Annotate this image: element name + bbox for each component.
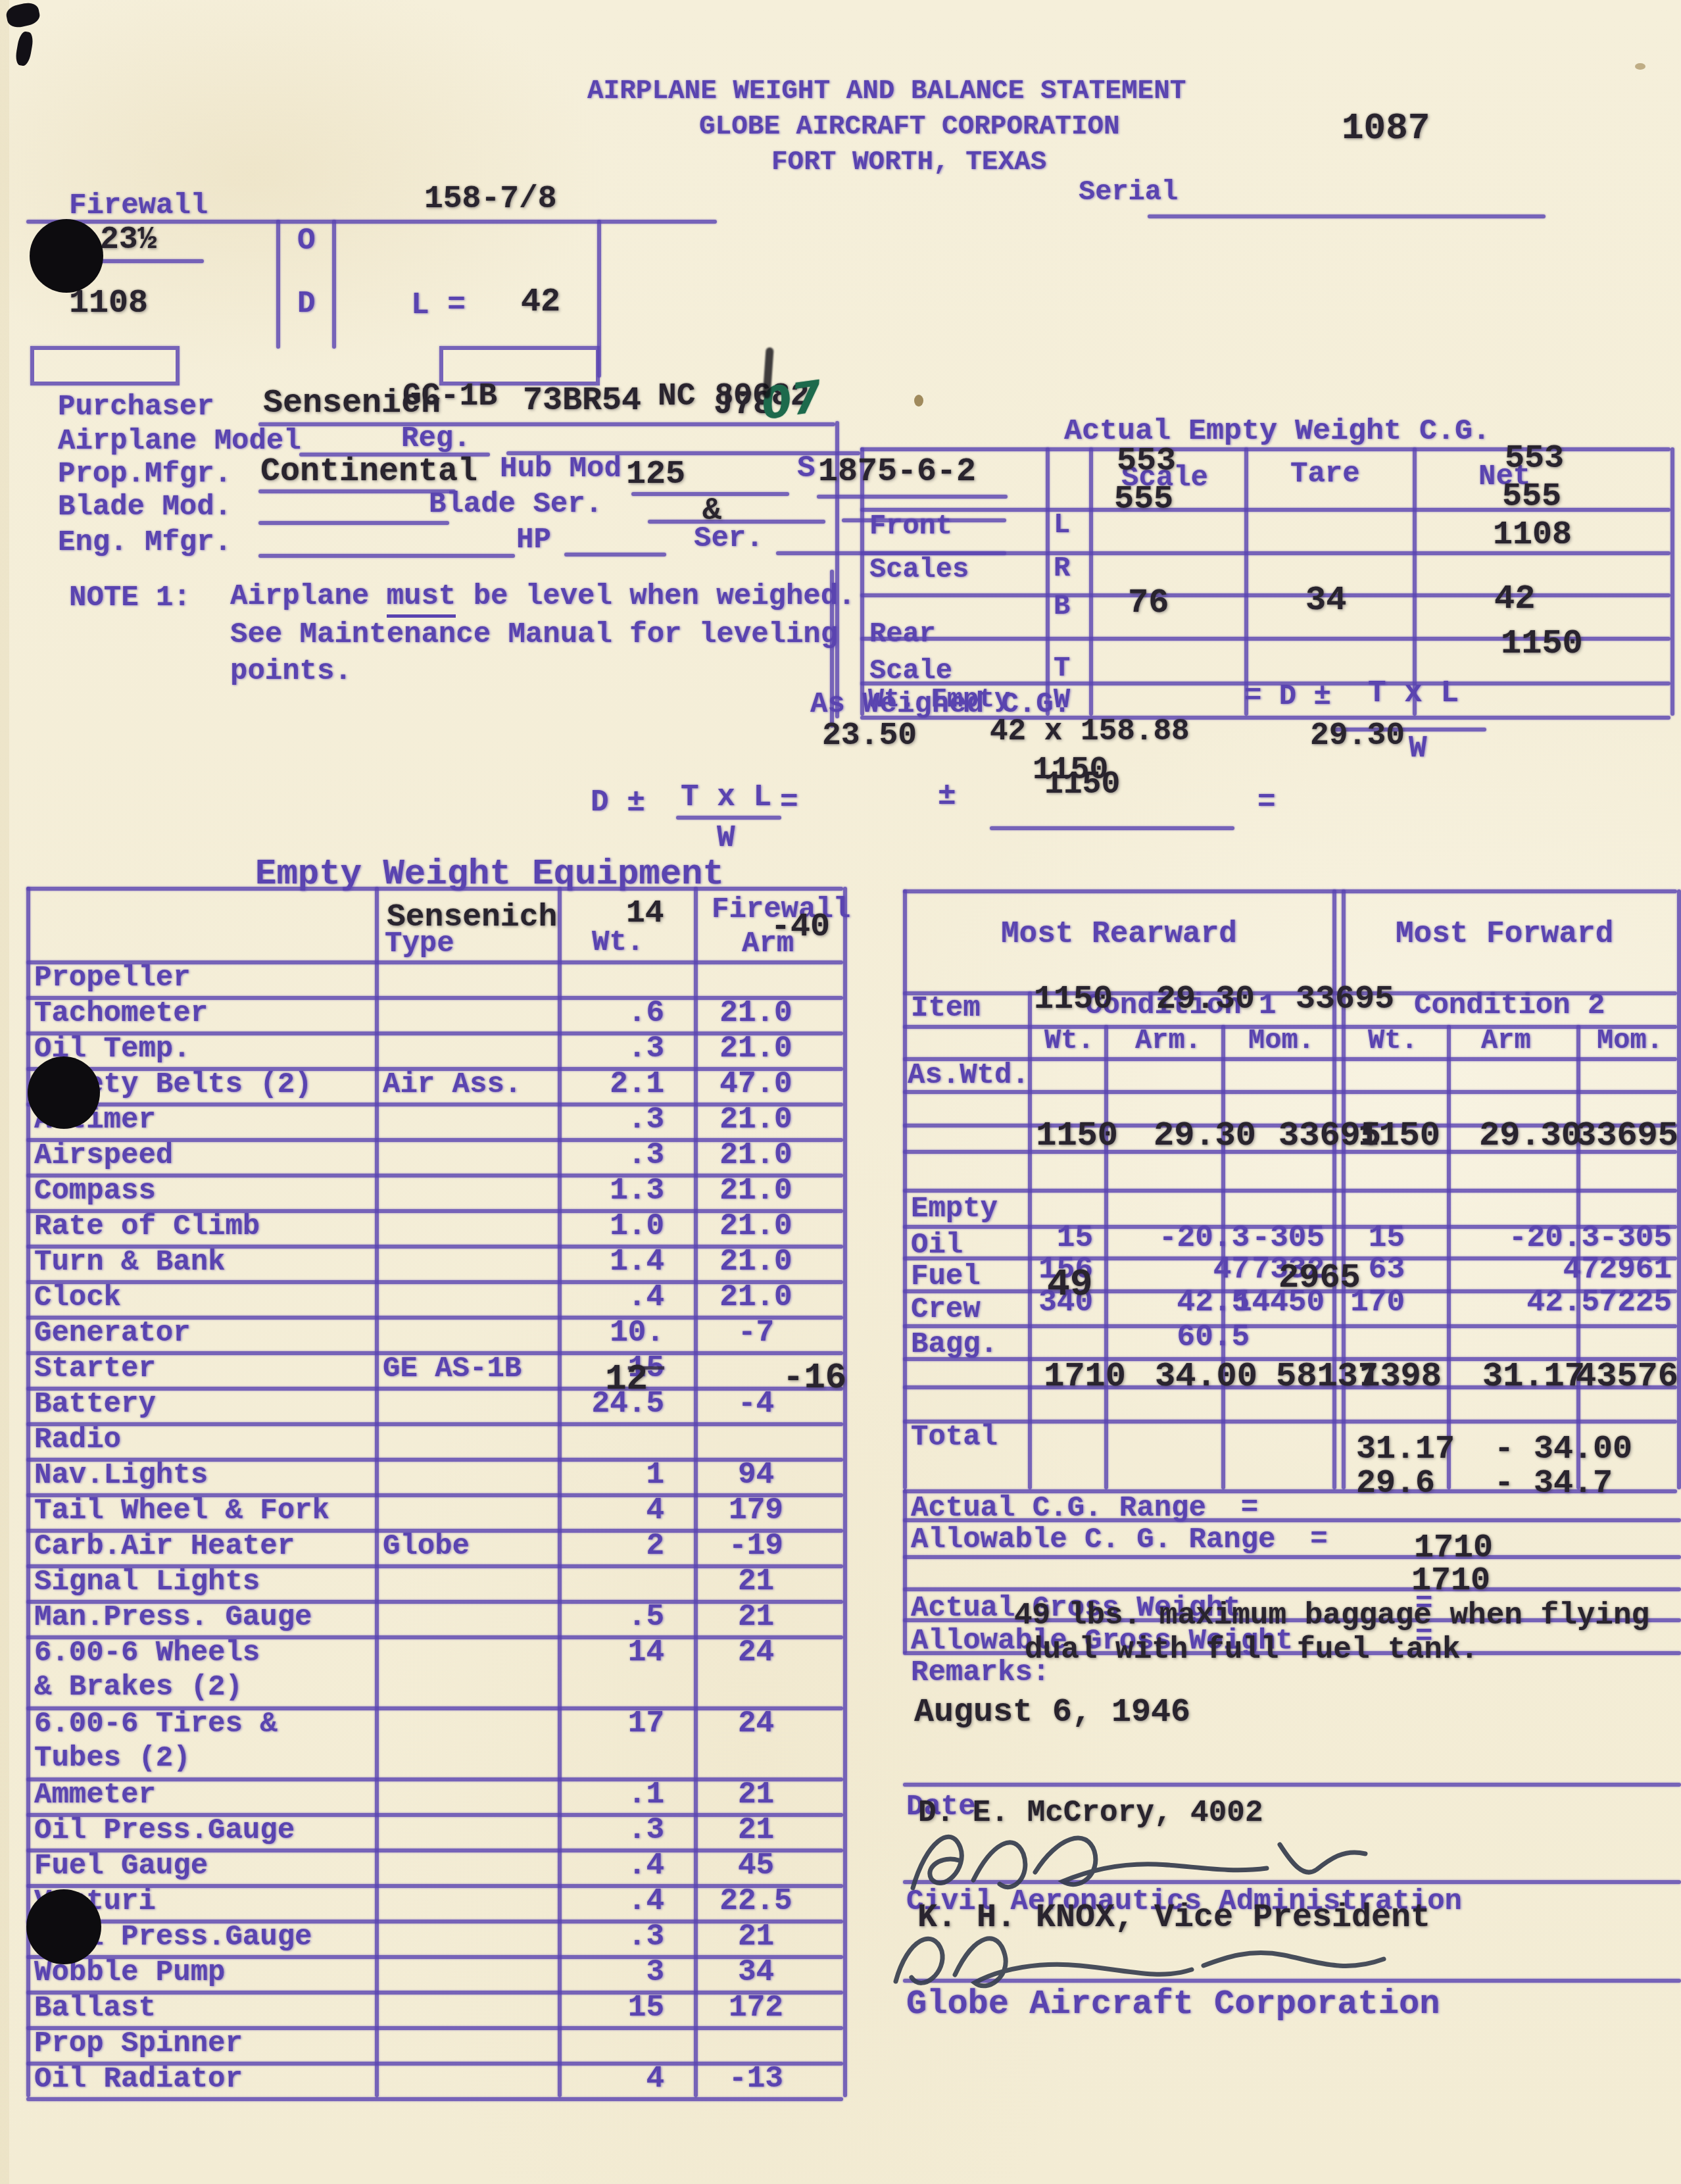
equipment-arm-value: 21 (685, 1814, 827, 1846)
conditions-row-label: Fuel (911, 1262, 981, 1292)
rule-horizontal (990, 826, 1234, 830)
l-equals-label: L = (411, 289, 466, 321)
equipment-arm-value: 172 (685, 1992, 827, 2023)
conditions-c1-value: 60.5 (1177, 1322, 1250, 1353)
equipment-item-label: Ammeter (34, 1780, 156, 1810)
forward-title: Most Forward (1396, 918, 1613, 950)
conditions-col-header: Wt. (1368, 1026, 1418, 1055)
paper-fleck (914, 395, 923, 407)
conditions-table-rule (903, 1420, 1677, 1424)
equipment-table-rule (843, 887, 847, 2097)
blade-ser-label: Blade Ser. (429, 489, 602, 520)
cg-typed-net-mid: 555 (1502, 480, 1561, 515)
hub-mod-value: 125 (626, 458, 685, 493)
formula-weight-value: 1150 (1033, 754, 1108, 787)
allowable-value2: 1710 (1411, 1564, 1490, 1599)
equipment-table-rule (375, 887, 379, 2097)
equipment-arm-value: 45 (685, 1850, 827, 1881)
conditions-table-rule (903, 889, 907, 1489)
equipment-wt-value: 1.4 (610, 1246, 664, 1278)
rule-horizontal (676, 816, 781, 820)
subtotal-typed-c1: 34.00 (1155, 1359, 1257, 1395)
equipment-item-label: Carb.Air Heater (34, 1531, 295, 1562)
formula-pm: ± (938, 780, 956, 812)
as-weighed-eq: = D ± (1244, 682, 1331, 712)
equipment-type-value: Air Ass. (383, 1070, 522, 1100)
paper-fleck2 (1635, 63, 1645, 70)
equipment-table-rule (26, 1422, 843, 1426)
as-weighed-cg-value: 23.50 (822, 720, 917, 753)
cg-col-tare: Tare (1290, 459, 1360, 489)
as-weighed-moment-expr: 42 x 158.88 (990, 716, 1190, 747)
formula-lead: D ± (591, 787, 645, 818)
cg-front-label: Front (869, 512, 952, 541)
blank-box-left (30, 346, 180, 385)
ampersand-typed: & (702, 495, 721, 528)
conditions-table-rule (1104, 1025, 1108, 1489)
subtotal-typed-c2: 1398 (1359, 1359, 1442, 1395)
equipment-wt-value: .3 (628, 1139, 664, 1171)
equipment-title: Empty Weight Equipment (255, 856, 724, 894)
prop-mfgr-label: Prop.Mfgr. (58, 459, 231, 489)
equipment-item-label: Fuel Gauge (34, 1851, 208, 1881)
subtotal-typed-c2: 43576 (1576, 1359, 1678, 1395)
cg-typed-b-scale: 76 (1128, 585, 1169, 622)
equipment-item-label: Tubes (2) (34, 1743, 191, 1774)
equipment-item-label: Radio (34, 1425, 121, 1455)
note-line2: See Maintenance Manual for leveling (230, 620, 838, 650)
note-line1-pre: Airplane (230, 580, 387, 613)
equipment-item-label: Propeller (34, 963, 191, 993)
airplane-model-label: Airplane Model (58, 426, 301, 457)
cond-item-label: Item (911, 993, 981, 1024)
equipment-arm-value: 21 (685, 1921, 827, 1952)
station-value: 23½ (100, 224, 157, 257)
conditions-c2-value: 47 (1563, 1254, 1599, 1285)
cg-table-rule (1046, 447, 1050, 716)
allowable-value1: 1710 (1414, 1531, 1493, 1566)
note-line3: points. (230, 657, 352, 687)
equipment-item-label: 6.00-6 Tires & (34, 1709, 278, 1739)
equipment-item-label: Rate of Climb (34, 1212, 260, 1242)
equipment-arm-value: 21.0 (685, 1175, 827, 1206)
cond-as-wtd-label: As.Wtd. (908, 1060, 1029, 1091)
formula-eq2: = (1257, 787, 1276, 818)
conditions-c1-typed-wt: 49 (1047, 1266, 1093, 1306)
cg-rear-label: Rear (869, 620, 936, 649)
rule-horizontal (1148, 214, 1546, 218)
equipment-item-label: 6.00-6 Wheels (34, 1638, 260, 1668)
equipment-arm-typed: -40 (771, 910, 830, 945)
conditions-col-header: Wt. (1044, 1026, 1094, 1055)
rule-vertical (276, 220, 280, 349)
conditions-c1-typed-mom: 2965 (1279, 1260, 1361, 1297)
equipment-wt-typed-over: 12 (605, 1362, 648, 1399)
rule-horizontal (903, 1783, 1681, 1787)
as-wtd-typed-c1: 29.30 (1154, 1118, 1256, 1154)
equipment-wt-value: 2.1 (610, 1068, 664, 1100)
rule-horizontal (258, 554, 515, 558)
conditions-table-rule (1677, 889, 1681, 1489)
conditions-table-rule (903, 889, 1677, 893)
equipment-item-label: Airspeed (34, 1141, 173, 1171)
cg-letter-b: B (1054, 592, 1070, 621)
conditions-col-header: Arm. (1135, 1026, 1202, 1055)
equipment-item-label: Compass (34, 1176, 156, 1206)
equipment-item-label: Turn & Bank (34, 1247, 225, 1278)
as-weighed-frac-num: T x L (1368, 678, 1459, 709)
equipment-wt-value: 4 (646, 2063, 664, 2095)
cg-typed-scale-bottom: 555 (1114, 483, 1173, 518)
rule-horizontal (903, 1587, 1681, 1591)
equipment-arm-value: 34 (685, 1956, 827, 1988)
equipment-wt-value: .1 (628, 1779, 664, 1810)
equipment-type-value: Globe (383, 1531, 470, 1562)
cg-table-rule (1670, 447, 1674, 716)
conditions-c1-value: -305 (1252, 1222, 1325, 1254)
equipment-wt-value: 17 (628, 1708, 664, 1739)
conditions-col-header: Mom. (1597, 1026, 1663, 1055)
equipment-wt-value: .6 (628, 997, 664, 1029)
equipment-wt-value: .3 (628, 1104, 664, 1135)
conditions-c1-value: 47 (1213, 1254, 1250, 1285)
hp-label: HP (516, 525, 551, 555)
conditions-table-rule (903, 1189, 1677, 1193)
equipment-wt-value: 14 (628, 1637, 664, 1668)
hole-punch-top (30, 219, 103, 293)
corner-ink-mark (5, 1, 41, 30)
cg-letter-r: R (1054, 554, 1070, 583)
conditions-row-label: Crew (911, 1295, 981, 1325)
equipment-arm-value: 21.0 (685, 1281, 827, 1313)
serial-label: Serial (1079, 178, 1178, 207)
cg-typed-net-total: 1108 (1493, 518, 1572, 553)
equipment-wt-value: 1.3 (610, 1175, 664, 1206)
cg-typed-scale-top: 553 (1117, 445, 1176, 480)
formula-eq1: = (780, 787, 798, 818)
cg-typed-net-top: 553 (1505, 442, 1564, 477)
corner-ink-mark2 (14, 30, 35, 66)
equipment-wt-value: 3 (646, 1956, 664, 1988)
hub-serial-value: 1875-6-2 (818, 455, 976, 490)
purchaser-label: Purchaser (58, 392, 214, 422)
note-line1-post: be level when weighed. (456, 580, 855, 613)
conditions-c1-value: 15 (1057, 1222, 1093, 1254)
equipment-table-rule (558, 887, 562, 2097)
equipment-item-label: Prop Spinner (34, 2029, 243, 2059)
conditions-col-header: Arm (1481, 1026, 1531, 1055)
equipment-item-label: Starter (34, 1354, 156, 1384)
subtotal-typed-c1: 1710 (1044, 1359, 1126, 1395)
reg-label: Reg. (401, 424, 471, 454)
cg-typed-rear-total: 1150 (1501, 626, 1583, 662)
formula-frac-den: W (717, 822, 735, 854)
equipment-type-typed: Sensenich (387, 901, 557, 934)
rule-vertical (597, 220, 601, 378)
equipment-arm-value: 21.0 (685, 1246, 827, 1278)
equipment-table-rule (26, 2097, 843, 2101)
rule-horizontal (258, 521, 449, 525)
equipment-arm-value: 21 (685, 1566, 827, 1597)
firewall-station-value: 158-7/8 (424, 183, 557, 216)
equipment-arm-value: 24 (685, 1637, 827, 1668)
equipment-arm-value: 21 (685, 1779, 827, 1810)
as-wtd-typed-c2: 1150 (1358, 1118, 1440, 1154)
datum-o-label: O (297, 225, 316, 257)
equipment-item-label: Nav.Lights (34, 1460, 208, 1491)
prop-model-value: 73BR54 (523, 384, 641, 419)
equipment-item-label: Man.Press. Gauge (34, 1602, 312, 1633)
equipment-arm-value: -7 (685, 1317, 827, 1349)
formula-frac-num: T x L (681, 782, 771, 813)
conditions-table-rule (1332, 889, 1336, 1489)
conditions-c2-value: 2961 (1599, 1254, 1672, 1285)
subtotal-typed-c2: 31.17 (1482, 1359, 1585, 1395)
conditions-row-label: Empty (911, 1194, 998, 1224)
equipment-wt-value: .5 (628, 1601, 664, 1633)
as-wtd-typed-c1: 1150 (1036, 1118, 1118, 1154)
conditions-row-label: Oil (911, 1230, 963, 1260)
equipment-arm-value: 21.0 (685, 1033, 827, 1064)
conditions-col-header: Mom. (1248, 1026, 1315, 1055)
company-city: FORT WORTH, TEXAS (771, 149, 1046, 177)
conditions-table-rule (1342, 889, 1346, 1489)
equipment-item-label: Clock (34, 1283, 121, 1313)
as-weighed-result: 29.30 (1310, 720, 1405, 753)
equipment-item-label: Oil Press.Gauge (34, 1816, 295, 1846)
equipment-arm-value: 21.0 (685, 1104, 827, 1135)
rule-vertical (332, 220, 336, 349)
conditions-c2-value: -305 (1599, 1222, 1672, 1254)
conditions-c2-value: 15 (1369, 1222, 1405, 1254)
equipment-wt-value: .3 (628, 1814, 664, 1846)
cond1-typed-over: 1150 (1034, 983, 1113, 1018)
conditions-table-rule (1447, 1025, 1451, 1489)
note-line1: Airplane must be level when weighed. (230, 582, 856, 612)
equipment-wt-value: .4 (628, 1850, 664, 1881)
company-name: GLOBE AIRCRAFT CORPORATION (699, 113, 1120, 141)
conditions-table-rule (903, 1324, 1677, 1328)
firewall-label: Firewall (69, 191, 208, 221)
equipment-wt-value: .3 (628, 1033, 664, 1064)
cg-letter-t: T (1054, 654, 1070, 683)
equipment-item-label: Signal Lights (34, 1567, 260, 1597)
equipment-arm-value: 21.0 (685, 997, 827, 1029)
equipment-wt-typed: 14 (626, 897, 664, 930)
equipment-arm-value: 22.5 (685, 1885, 827, 1917)
baggage-note-line2: dual with full fuel tank. (1025, 1634, 1478, 1666)
equipment-arm-typed-over: -16 (783, 1360, 846, 1398)
equipment-item-label: Generator (34, 1318, 191, 1349)
cg-table-rule (1244, 447, 1248, 716)
cg-table-rule (1413, 447, 1417, 716)
equipment-wt-value: 2 (646, 1530, 664, 1562)
cg-typed-b-tare: 34 (1305, 583, 1346, 619)
cond1-typed-over: 29.30 (1156, 983, 1255, 1018)
scanned-weight-balance-form: AIRPLANE WEIGHT AND BALANCE STATEMENT GL… (0, 0, 1681, 2184)
as-wtd-typed-c2: 33695 (1576, 1118, 1678, 1154)
equipment-item-label: Tachometer (34, 999, 208, 1029)
equipment-arm-value: 94 (685, 1459, 827, 1491)
equipment-wt-value: 4 (646, 1495, 664, 1526)
cond-total-label: Total (911, 1422, 998, 1452)
equipment-wt-value: 1 (646, 1459, 664, 1491)
equipment-arm-value: 179 (685, 1495, 827, 1526)
conditions-c2-value: -20.3 (1509, 1222, 1599, 1254)
rearward-title: Most Rearward (1001, 918, 1237, 950)
equipment-wt-value: 15 (628, 1992, 664, 2023)
equipment-wt-label: Wt. (592, 928, 644, 958)
cg-letter-l: L (1054, 510, 1070, 539)
note-line1-must: must (387, 580, 456, 618)
conditions-c2-value: 63 (1369, 1254, 1405, 1285)
rule-vertical (903, 1489, 907, 1654)
equipment-item-label: & Brakes (2) (34, 1672, 243, 1702)
rule-horizontal (564, 553, 666, 557)
as-wtd-typed-c2: 29.30 (1479, 1118, 1582, 1154)
l-value: 42 (521, 285, 560, 320)
equipment-arm-value: -19 (685, 1530, 827, 1562)
baggage-note-line1: 49 lbs. maximum baggage when flying (1014, 1600, 1649, 1631)
equipment-arm-value: 47.0 (685, 1068, 827, 1100)
equipment-arm-value: 24 (685, 1708, 827, 1739)
prop-mfgr-value: Continental (260, 455, 477, 490)
equipment-item-label: Battery (34, 1389, 156, 1420)
cg-rear-label2: Scale (869, 657, 952, 685)
cg-table-rule (1089, 447, 1093, 716)
rule-horizontal (817, 495, 1008, 499)
conditions-c2-value: 42.5 (1527, 1287, 1599, 1318)
eng-mfgr-label: Eng. Mfgr. (58, 528, 231, 558)
equipment-wt-value: .4 (628, 1885, 664, 1917)
conditions-c1-value: -20.3 (1159, 1222, 1250, 1254)
as-weighed-frac-den: W (1409, 733, 1427, 764)
cg-typed-b-net: 42 (1494, 582, 1535, 618)
vice-president-signature (881, 1920, 1421, 1998)
front-weight-value: 1108 (69, 287, 148, 322)
cg-scales-label: Scales (869, 555, 969, 584)
note-label: NOTE 1: (69, 583, 191, 613)
cond1-typed-over: 33695 (1296, 983, 1394, 1018)
conditions-c2-value: 7225 (1599, 1287, 1672, 1318)
allowable-cg-range-label: Allowable C. G. Range = (911, 1525, 1328, 1555)
actual-cg-range-label: Actual C.G. Range = (911, 1493, 1258, 1524)
equipment-item-label: Oil Radiator (34, 2064, 243, 2095)
equipment-wt-value: 10. (610, 1317, 664, 1349)
blade-mod-label: Blade Mod. (58, 492, 231, 522)
purchaser-name: Sensenich (263, 387, 441, 422)
page-number: 1087 (1342, 109, 1430, 148)
conditions-row-label: Bagg. (911, 1329, 998, 1360)
hub-mod-label: Hub Mod (500, 454, 621, 484)
equipment-type-value: GE AS-1B (383, 1354, 522, 1384)
equipment-arm-value: 21.0 (685, 1210, 827, 1242)
hole-punch-bottom (26, 1889, 101, 1964)
equipment-arm-value: -13 (685, 2063, 827, 2095)
equipment-arm-value: 21 (685, 1601, 827, 1633)
form-title: AIRPLANE WEIGHT AND BALANCE STATEMENT (587, 78, 1186, 106)
equipment-item-label: Ballast (34, 1993, 156, 2023)
cg-table-rule (860, 593, 1670, 597)
equipment-wt-value: 1.0 (610, 1210, 664, 1242)
inspector-signature (894, 1817, 1394, 1902)
cond-total-line1: 31.17 - 34.00 (1356, 1433, 1632, 1468)
hole-punch-middle (28, 1056, 100, 1129)
ser-prefix-label: S (797, 453, 816, 484)
cond-total-line2: 29.6 - 34.7 (1356, 1467, 1613, 1502)
equipment-wt-value: .4 (628, 1281, 664, 1313)
cond2-label: Condition 2 (1414, 991, 1605, 1021)
remarks-date-value: August 6, 1946 (914, 1696, 1190, 1731)
equipment-wt-value: .3 (628, 1921, 664, 1952)
equipment-item-label: Tail Wheel & Fork (34, 1496, 329, 1526)
datum-d-label: D (297, 288, 316, 320)
equipment-arm-value: 21.0 (685, 1139, 827, 1171)
